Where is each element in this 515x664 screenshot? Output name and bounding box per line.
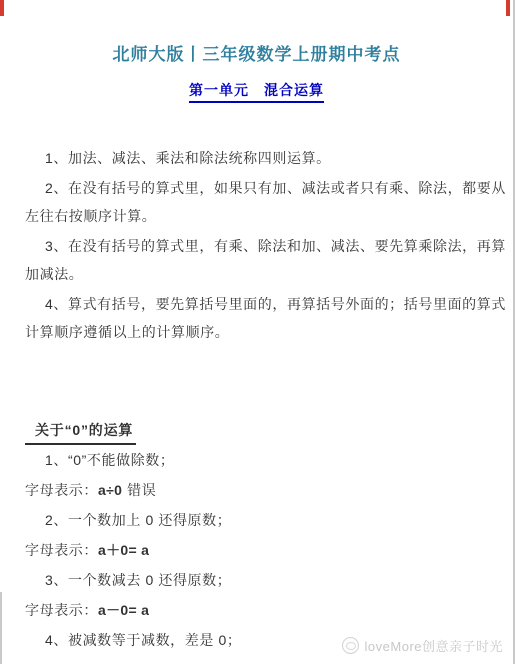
zero-formula-line: 字母表示：a－0= a <box>25 595 488 625</box>
formula-expression: a－0= a <box>98 602 149 618</box>
zero-rule-item: 2、一个数加上 0 还得原数； <box>25 505 488 535</box>
zero-operations-section: 关于“0”的运算 1、“0”不能做除数； 字母表示：a÷0错误 2、一个数加上 … <box>25 418 488 655</box>
watermark-logo-icon <box>342 637 359 654</box>
formula-label: 字母表示： <box>25 482 98 498</box>
page-title: 北师大版丨三年级数学上册期中考点 <box>10 44 503 66</box>
formula-expression: a÷0 <box>98 482 122 498</box>
rule-line: 1、加法、减法、乘法和除法统称四则运算。 <box>25 144 488 172</box>
rule-line: 4、算式有括号，要先算括号里面的，再算括号外面的；括号里面的算式 <box>25 290 488 318</box>
rule-paragraph: 3、在没有括号的算式里，有乘、除法和加、减法、要先算乘除法，再算 加减法。 <box>25 232 488 288</box>
section-heading-row: 关于“0”的运算 <box>25 418 488 445</box>
rule-line: 加减法。 <box>25 260 488 288</box>
section-heading: 关于“0”的运算 <box>25 418 136 445</box>
watermark-label: loveMore创意亲子时光 <box>365 636 503 655</box>
unit-subtitle: 第一单元 混合运算 <box>189 81 324 103</box>
formula-label: 字母表示： <box>25 542 98 558</box>
formula-label: 字母表示： <box>25 602 98 618</box>
rule-line: 2、在没有括号的算式里，如果只有加、减法或者只有乘、除法，都要从 <box>25 174 488 202</box>
document-page: 北师大版丨三年级数学上册期中考点 第一单元 混合运算 1、加法、减法、乘法和除法… <box>0 0 515 664</box>
zero-formula-line: 字母表示：a＋0= a <box>25 535 488 565</box>
rule-line: 3、在没有括号的算式里，有乘、除法和加、减法、要先算乘除法，再算 <box>25 232 488 260</box>
rule-paragraph: 4、算式有括号，要先算括号里面的，再算括号外面的；括号里面的算式 计算顺序遵循以… <box>25 290 488 346</box>
watermark: loveMore创意亲子时光 <box>342 636 503 655</box>
rules-section: 1、加法、减法、乘法和除法统称四则运算。 2、在没有括号的算式里，如果只有加、减… <box>25 144 488 346</box>
red-corner-mark-right-icon <box>506 0 510 16</box>
page-edge-left <box>0 592 2 664</box>
zero-rule-item: 1、“0”不能做除数； <box>25 445 488 475</box>
formula-suffix: 错误 <box>127 482 156 498</box>
rule-paragraph: 1、加法、减法、乘法和除法统称四则运算。 <box>25 144 488 172</box>
unit-subtitle-row: 第一单元 混合运算 <box>0 81 513 103</box>
formula-expression: a＋0= a <box>98 542 149 558</box>
rule-line: 计算顺序遵循以上的计算顺序。 <box>25 318 488 346</box>
rule-paragraph: 2、在没有括号的算式里，如果只有加、减法或者只有乘、除法，都要从 左往右按顺序计… <box>25 174 488 230</box>
rule-line: 左往右按顺序计算。 <box>25 202 488 230</box>
red-corner-mark-left-icon <box>0 0 4 16</box>
zero-formula-line: 字母表示：a÷0错误 <box>25 475 488 505</box>
zero-rule-item: 3、一个数减去 0 还得原数； <box>25 565 488 595</box>
